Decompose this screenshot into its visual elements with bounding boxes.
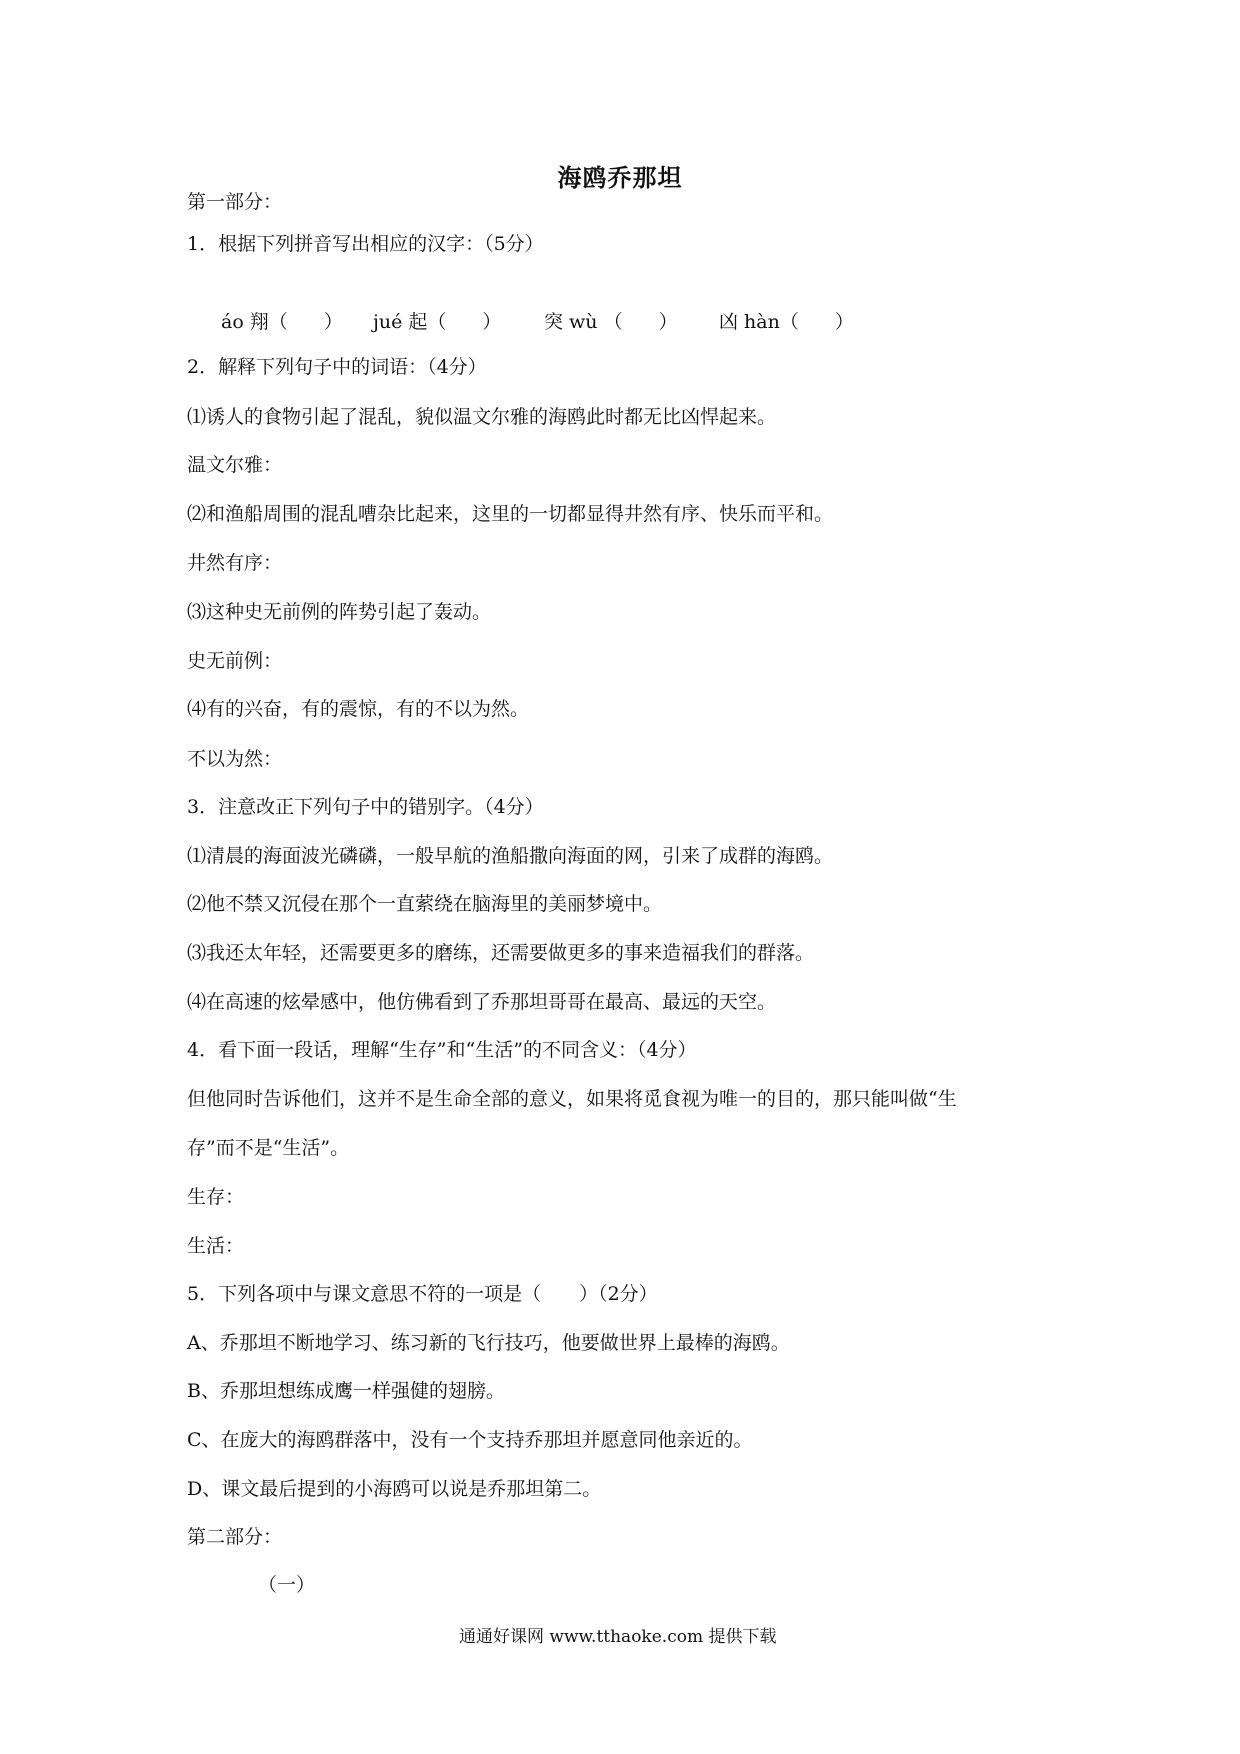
q1-prompt: 1．根据下列拼音写出相应的汉字：（5分） — [187, 231, 544, 257]
q3-item-4: ⑷在高速的炫晕感中，他仿佛看到了乔那坦哥哥在最高、最远的天空。 — [187, 989, 776, 1015]
q5-option-a: A、乔那坦不断地学习、练习新的飞行技巧，他要做世界上最棒的海鸥。 — [187, 1330, 790, 1356]
q5-option-c: C、在庞大的海鸥群落中，没有一个支持乔那坦并愿意同他亲近的。 — [187, 1427, 753, 1453]
q3-item-3: ⑶我还太年轻，还需要更多的磨练，还需要做更多的事来造福我们的群落。 — [187, 940, 814, 966]
q4-prompt: 4．看下面一段话，理解“生存”和“生活”的不同含义：（4分） — [187, 1037, 697, 1063]
part2-subsection: （一） — [258, 1572, 315, 1598]
q2-prompt: 2．解释下列句子中的词语：（4分） — [187, 354, 487, 380]
q2-term-4: 不以为然： — [187, 746, 282, 772]
q3-item-2: ⑵他不禁又沉侵在那个一直萦绕在脑海里的美丽梦境中。 — [187, 891, 662, 917]
pinyin-item: jué 起（） — [373, 309, 544, 335]
pinyin-item: 突 wù （） — [544, 309, 719, 335]
q2-term-1: 温文尔雅： — [187, 452, 282, 478]
q5-option-d: D、课文最后提到的小海鸥可以说是乔那坦第二。 — [187, 1476, 601, 1502]
document-page: 海鸥乔那坦 第一部分： 1．根据下列拼音写出相应的汉字：（5分） áo 翔（） … — [0, 0, 1240, 1754]
document-title: 海鸥乔那坦 — [0, 158, 1240, 193]
q2-term-3: 史无前例： — [187, 648, 282, 674]
pinyin-item: 凶 hàn（） — [719, 309, 879, 335]
part1-heading: 第一部分： — [187, 189, 282, 215]
q1-pinyin-row: áo 翔（） jué 起（） 突 wù （） 凶 hàn（） — [221, 309, 879, 335]
q4-answer-label-live: 生活： — [187, 1233, 244, 1259]
q3-item-1: ⑴清晨的海面波光磷磷，一般早航的渔船撒向海面的网，引来了成群的海鸥。 — [187, 843, 833, 869]
q3-prompt: 3．注意改正下列句子中的错别字。（4分） — [187, 794, 544, 820]
q2-sentence-2: ⑵和渔船周围的混乱嘈杂比起来，这里的一切都显得井然有序、快乐而平和。 — [187, 501, 833, 527]
q2-sentence-3: ⑶这种史无前例的阵势引起了轰动。 — [187, 599, 491, 625]
q5-option-b: B、乔那坦想练成鹰一样强健的翅膀。 — [187, 1378, 505, 1404]
q2-term-2: 井然有序： — [187, 550, 282, 576]
part2-heading: 第二部分： — [187, 1524, 282, 1550]
q2-sentence-1: ⑴诱人的食物引起了混乱，貌似温文尔雅的海鸥此时都无比凶悍起来。 — [187, 404, 776, 430]
q4-answer-label-survive: 生存： — [187, 1184, 244, 1210]
q5-prompt: 5．下列各项中与课文意思不符的一项是（ ）（2分） — [187, 1281, 658, 1307]
page-footer: 通通好课网 www.tthaoke.com 提供下载 — [459, 1625, 776, 1649]
pinyin-item: áo 翔（） — [221, 309, 373, 335]
q4-passage-line-2: 存”而不是“生活”。 — [187, 1135, 349, 1161]
q4-passage-line-1: 但他同时告诉他们，这并不是生命全部的意义，如果将觅食视为唯一的目的，那只能叫做“… — [187, 1086, 957, 1112]
q2-sentence-4: ⑷有的兴奋，有的震惊，有的不以为然。 — [187, 696, 529, 722]
